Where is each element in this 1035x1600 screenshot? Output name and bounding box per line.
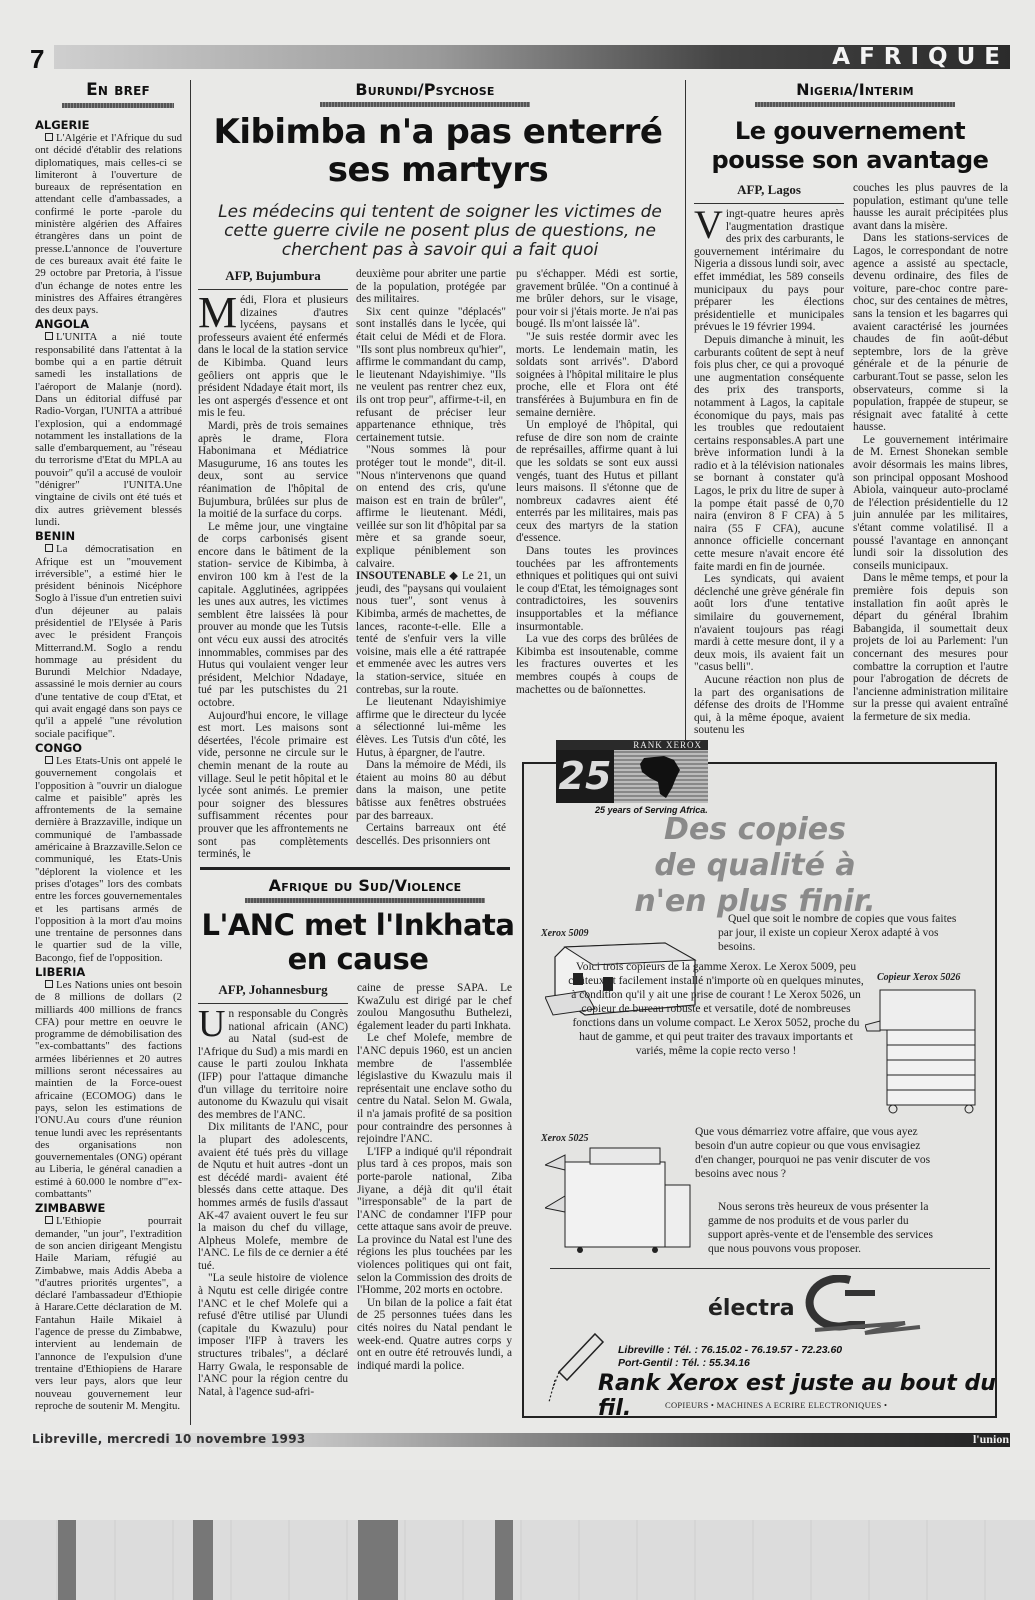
paragraph: "Nous sommes là pour protéger tout le mo… [356, 444, 506, 570]
phone-libreville: Libreville : Tél. : 76.15.02 - 76.19.57 … [618, 1344, 842, 1357]
brief-text: L'Algérie et l'Afrique du sud ont décidé… [35, 132, 182, 316]
brief-text: L'UNITA a nié toute responsabilité dans … [35, 331, 182, 527]
dropcap: U [198, 1009, 225, 1039]
ad-headline-line: de qualité à [630, 848, 880, 884]
paragraph: Dans le même temps, et pour la première … [853, 572, 1008, 723]
paragraph: L'IFP a indiqué qu'il répondrait plus ta… [357, 1146, 512, 1297]
masthead: l'union [973, 1432, 1009, 1447]
sa-col2: caine de presse SAPA. Le KwaZulu est dir… [357, 982, 512, 1372]
paragraph: Certains barreaux ont été descellés. Des… [356, 822, 506, 847]
paragraph: pu s'échapper. Médi est sortie, gravemen… [516, 268, 678, 331]
kicker-underline [245, 898, 485, 903]
paragraph: caine de presse SAPA. Le KwaZulu est dir… [357, 982, 512, 1032]
africa-map-icon [614, 750, 708, 803]
brand-label: RANK XEROX [556, 740, 708, 750]
paragraph: Dans toutes les provinces touchées par l… [516, 545, 678, 633]
article-kicker: Burundi/Psychose [320, 80, 530, 99]
paragraph: Aujourd'hui encore, le village est mort.… [198, 710, 348, 861]
paragraph: La vue des corps des brûlées de Kibimba … [516, 633, 678, 696]
diamond-icon: ◆ [449, 570, 458, 582]
anniversary-number: 25 [556, 750, 614, 803]
scan-border [0, 1520, 1035, 1600]
newspaper-page: 7 AFRIQUE En bref ALGERIE L'Algérie et l… [0, 0, 1035, 1470]
burundi-col3: pu s'échapper. Médi est sortie, gravemen… [516, 268, 678, 696]
intertitle: INSOUTENABLE [356, 570, 446, 582]
ad-paragraph-2: Voici trois copieurs de la gamme Xerox. … [566, 960, 866, 1058]
paragraph: Le lieutenant Ndayishimiye affirme que l… [356, 696, 506, 759]
sa-headline: L'ANC met l'Inkhata en cause [198, 908, 518, 976]
brief-benin: BENIN La démocratisation en Afrique est … [35, 529, 182, 740]
brief-text: La démocratisation en Afrique est un "mo… [35, 543, 182, 739]
ad-phones: Libreville : Tél. : 76.15.02 - 76.19.57 … [618, 1344, 842, 1370]
dropcap: V [694, 209, 723, 241]
title-underline [62, 103, 174, 108]
nigeria-kicker-block: Nigeria/Interim [755, 80, 955, 107]
paragraph: "Je suis restée dormir avec les morts. L… [516, 331, 678, 419]
section-name: AFRIQUE [832, 44, 1009, 70]
nigeria-col1: AFP, Lagos Vingt-quatre heures après l'a… [694, 182, 844, 737]
paragraph: "La seule histoire de violence à Nqutu e… [198, 1272, 348, 1398]
paragraph: Le gouvernement intérimaire de M. Ernest… [853, 434, 1008, 573]
ad-tagline: Rank Xerox est juste au bout du fil. [598, 1371, 1035, 1421]
paragraph: Mardi, près de trois semaines après le d… [198, 420, 348, 521]
paragraph: deuxième pour abriter une partie de la p… [356, 268, 506, 306]
brief-algerie: ALGERIE L'Algérie et l'Afrique du sud on… [35, 118, 182, 316]
checkbox-bullet-icon [45, 756, 53, 764]
checkbox-bullet-icon [45, 1216, 53, 1224]
scan-artifact [495, 1520, 513, 1600]
electra-logo-icon [795, 1275, 925, 1345]
burundi-headline: Kibimba n'a pas enterré ses martyrs [196, 113, 680, 189]
scan-artifact [193, 1520, 213, 1600]
page-number: 7 [30, 44, 44, 75]
kicker-underline [320, 102, 530, 107]
paragraph: Depuis dimanche à minuit, les carburants… [694, 334, 844, 573]
dropcap: M [198, 295, 237, 331]
brief-country: BENIN [35, 529, 182, 543]
paragraph: Six cent quinze "déplacés" sont installé… [356, 306, 506, 445]
section-rule [200, 867, 510, 870]
nigeria-byline: AFP, Lagos [694, 182, 844, 204]
ad-headline: Des copies de qualité à n'en plus finir. [630, 812, 880, 920]
paragraph: Un bilan de la police a fait état de 25 … [357, 1297, 512, 1373]
copier-5025-illustration [545, 1140, 695, 1255]
scan-artifact [358, 1520, 398, 1600]
brief-text: Les Etats-Unis ont appelé le gouvernemen… [35, 755, 182, 964]
ad-paragraph-3: Que vous démarriez votre affaire, que vo… [695, 1125, 935, 1181]
paragraph: Dans la mémoire de Médi, ils étaient au … [356, 759, 506, 822]
column-divider [190, 80, 191, 1425]
checkbox-bullet-icon [45, 544, 53, 552]
brief-country: ALGERIE [35, 118, 182, 132]
briefs-header: En bref [62, 80, 174, 108]
brief-zimbabwe: ZIMBABWE L'Ethiopie pourrait demander, "… [35, 1201, 182, 1412]
phone-port-gentil: Port-Gentil : Tél. : 55.34.16 [618, 1357, 842, 1370]
copier-5026-illustration [865, 985, 985, 1115]
paragraph: Les syndicats, qui avaient déclenché une… [694, 573, 844, 674]
checkbox-bullet-icon [45, 980, 53, 988]
ad-paragraph-4: Nous serons très heureux de vous présent… [708, 1200, 938, 1256]
paragraph: Le 21, un jeudi, des "paysans qui voulai… [356, 570, 506, 695]
ad-divider [550, 1268, 990, 1269]
briefs-title: En bref [62, 80, 174, 100]
paragraph: Aucune réaction non plus de la part des … [694, 674, 844, 737]
ad-paragraph-1: Quel que soit le nombre de copies que vo… [718, 912, 968, 954]
distributor-name: électra [708, 1296, 795, 1321]
burundi-col1: AFP, Bujumbura Médi, Flora et plusieurs … [198, 268, 348, 861]
sa-col1: AFP, Johannesburg Un responsable du Cong… [198, 982, 348, 1398]
telephone-icon [545, 1330, 605, 1405]
brief-country: CONGO [35, 741, 182, 755]
paragraph: Dix militants de l'ANC, pour la plupart … [198, 1121, 348, 1272]
brief-country: ANGOLA [35, 317, 182, 331]
burundi-deck: Les médecins qui tentent de soigner les … [205, 203, 675, 260]
kicker-underline [755, 102, 955, 107]
brief-text: L'Ethiopie pourrait demander, "un jour",… [35, 1215, 182, 1411]
sa-kicker-block: Afrique du Sud/Violence [245, 876, 485, 903]
sa-byline: AFP, Johannesburg [198, 982, 348, 1004]
brief-country: ZIMBABWE [35, 1201, 182, 1215]
paragraph: Le chef Molefe, membre de l'ANC depuis 1… [357, 1032, 512, 1145]
brief-angola: ANGOLA L'UNITA a nié toute responsabilit… [35, 317, 182, 528]
burundi-kicker-block: Burundi/Psychose [320, 80, 530, 107]
brief-country: LIBERIA [35, 965, 182, 979]
article-kicker: Afrique du Sud/Violence [245, 876, 485, 895]
brief-text: Les Nations unies ont besoin de 8 millio… [35, 979, 182, 1200]
nigeria-col2: couches les plus pauvres de la populatio… [853, 182, 1008, 724]
brief-congo: CONGO Les Etats-Unis ont appelé le gouve… [35, 741, 182, 964]
checkbox-bullet-icon [45, 332, 53, 340]
dateline: Libreville, mercredi 10 novembre 1993 [32, 1432, 306, 1446]
article-kicker: Nigeria/Interim [755, 80, 955, 99]
paragraph: Dans les stations-services de Lagos, le … [853, 232, 1008, 434]
scan-artifact [58, 1520, 76, 1600]
brief-liberia: LIBERIA Les Nations unies ont besoin de … [35, 965, 182, 1200]
burundi-byline: AFP, Bujumbura [198, 268, 348, 290]
checkbox-bullet-icon [45, 133, 53, 141]
rank-xerox-logo: RANK XEROX 25 [556, 740, 708, 803]
paragraph: Un employé de l'hôpital, qui refuse de d… [516, 419, 678, 545]
column-divider [685, 80, 686, 760]
ad-headline-line: Des copies [630, 812, 880, 848]
nigeria-headline: Le gouvernement pousse son avantage [690, 117, 1010, 175]
paragraph: couches les plus pauvres de la populatio… [853, 182, 1008, 232]
briefs-column: ALGERIE L'Algérie et l'Afrique du sud on… [35, 117, 182, 1412]
ad-products: COPIEURS • MACHINES A ECRIRE ELECTRONIQU… [665, 1400, 887, 1410]
paragraph: Le même jour, une vingtaine de corps car… [198, 521, 348, 710]
caption-xerox-5026: Copieur Xerox 5026 [877, 972, 960, 983]
burundi-col2: deuxième pour abriter une partie de la p… [356, 268, 506, 847]
